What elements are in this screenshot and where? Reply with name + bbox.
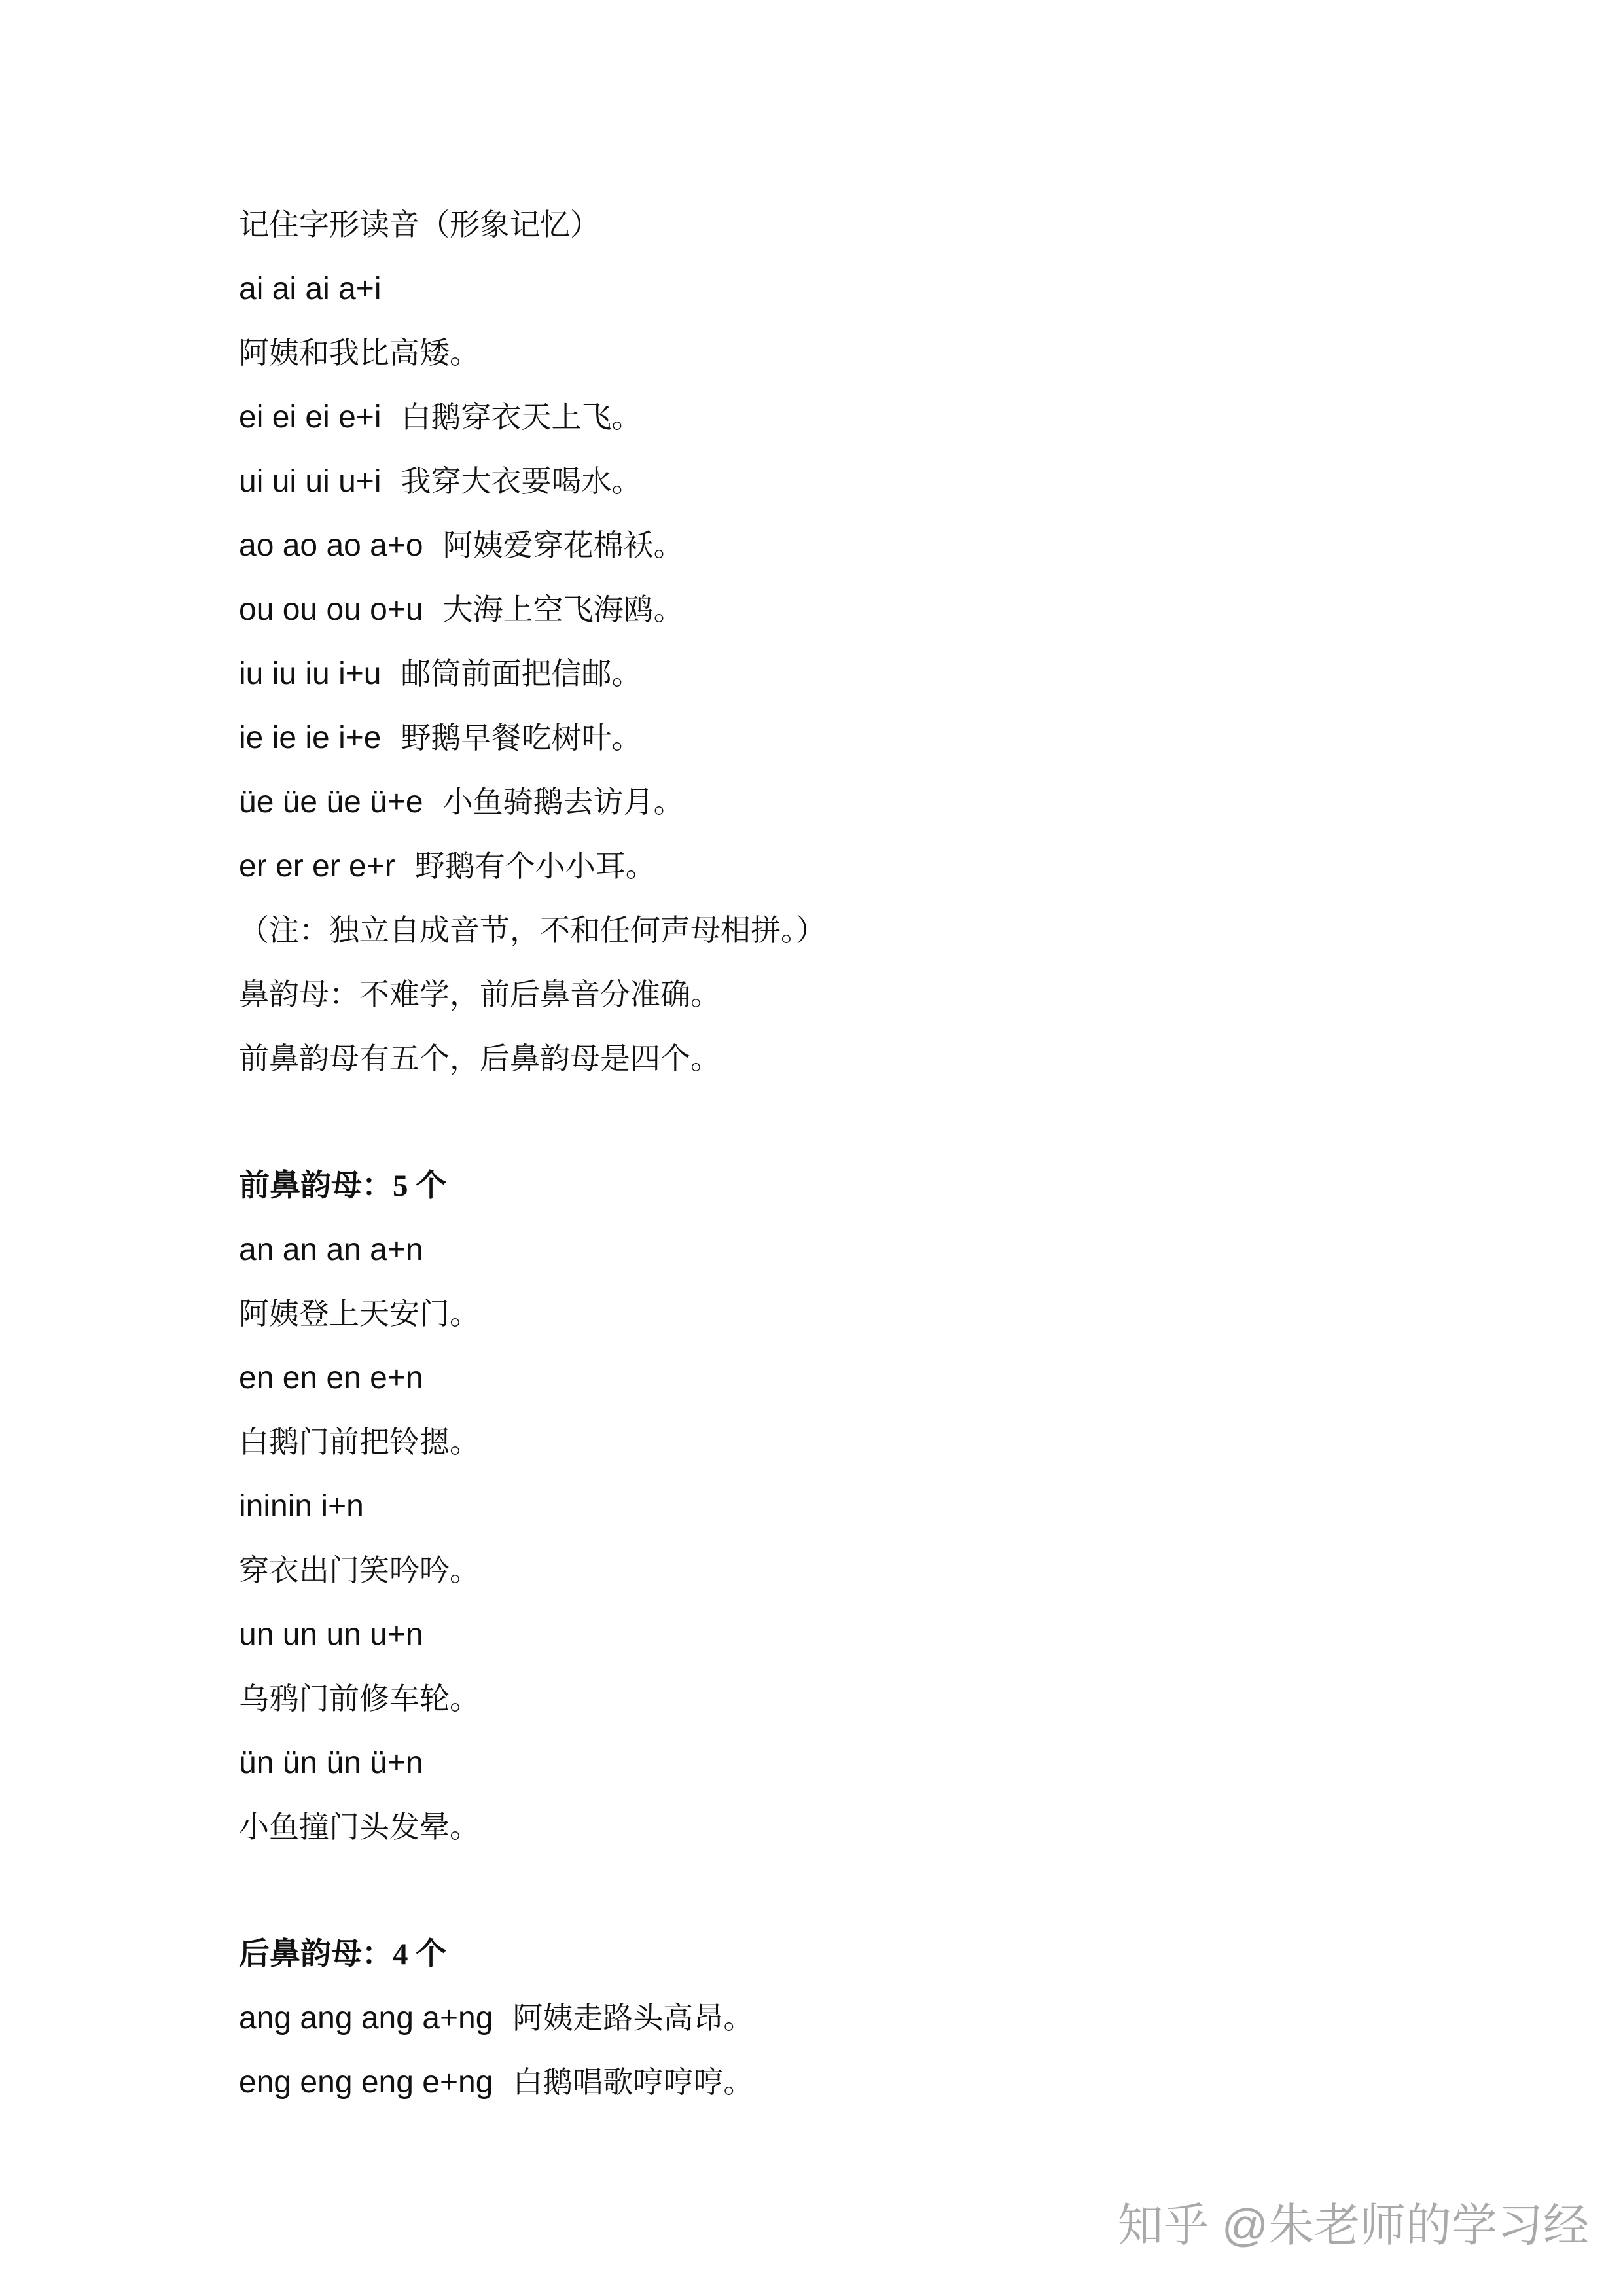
section-heading-front-nasal: 前鼻韵母：5 个 (239, 1154, 826, 1218)
line-pinyin-ai: ai ai ai a+i (239, 257, 826, 321)
line-ou: ou ou ou o+u大海上空飞海鸥。 (239, 578, 826, 642)
paragraph-gap (239, 1859, 826, 1922)
line-ang: ang ang ang a+ng阿姨走路头高昂。 (239, 1986, 826, 2051)
line-pinyin-an: an an an a+n (239, 1218, 826, 1282)
watermark-zhihu: 知乎 @朱老师的学习经 (1117, 2196, 1589, 2255)
line-pinyin-en: en en en e+n (239, 1346, 826, 1410)
line-chinese-un: 乌鸦门前修车轮。 (239, 1667, 826, 1731)
line-chinese-vn: 小鱼撞门头发晕。 (239, 1795, 826, 1859)
line-ao: ao ao ao a+o阿姨爱穿花棉袄。 (239, 514, 826, 578)
line-pinyin-in: ininin i+n (239, 1475, 826, 1539)
paragraph-gap (239, 1091, 826, 1154)
line-nasal-count: 前鼻韵母有五个，后鼻韵母是四个。 (239, 1027, 826, 1091)
line-ue: üe üe üe ü+e小鱼骑鹅去访月。 (239, 770, 826, 834)
line-ei: ei ei ei e+i白鹅穿衣天上飞。 (239, 386, 826, 450)
section-heading-back-nasal: 后鼻韵母：4 个 (239, 1922, 826, 1986)
line-eng: eng eng eng e+ng白鹅唱歌哼哼哼。 (239, 2051, 826, 2115)
document-body: 记住字形读音（形象记忆） ai ai ai a+i 阿姨和我比高矮。 ei ei… (239, 193, 826, 2115)
line-note: （注：独立自成音节，不和任何声母相拼。） (239, 899, 826, 963)
line-pinyin-un: un un un u+n (239, 1603, 826, 1667)
line-chinese-ai: 阿姨和我比高矮。 (239, 321, 826, 386)
line-chinese-en: 白鹅门前把铃摁。 (239, 1410, 826, 1475)
line-title: 记住字形读音（形象记忆） (239, 193, 826, 257)
line-ui: ui ui ui u+i我穿大衣要喝水。 (239, 450, 826, 514)
line-iu: iu iu iu i+u邮筒前面把信邮。 (239, 642, 826, 706)
line-chinese-an: 阿姨登上天安门。 (239, 1282, 826, 1346)
line-chinese-in: 穿衣出门笑吟吟。 (239, 1539, 826, 1603)
line-nasal-intro: 鼻韵母：不难学，前后鼻音分准确。 (239, 963, 826, 1027)
line-pinyin-vn: ün ün ün ü+n (239, 1731, 826, 1795)
line-ie: ie ie ie i+e野鹅早餐吃树叶。 (239, 706, 826, 770)
line-er: er er er e+r野鹅有个小小耳。 (239, 834, 826, 899)
